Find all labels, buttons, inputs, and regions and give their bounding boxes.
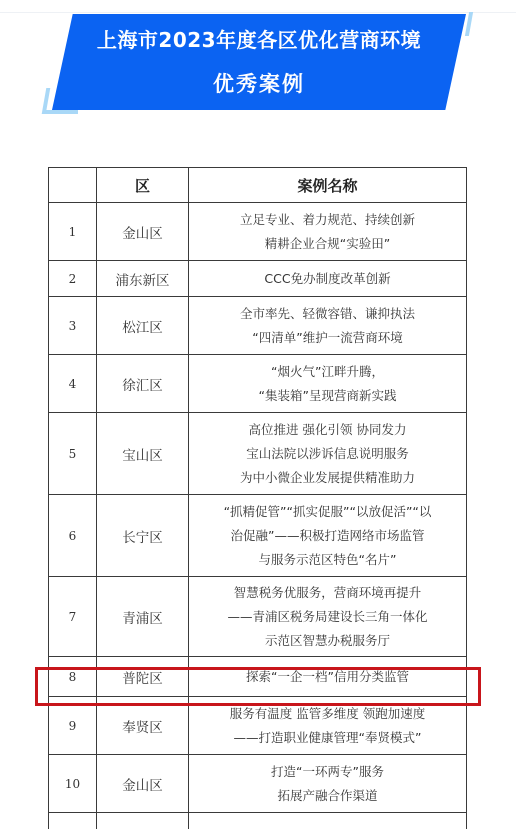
accent-line-decoration [44,110,78,114]
case-name-line: 立足专业、着力规范、持续创新 [189,208,466,232]
case-name-line: 为中小微企业发展提供精准助力 [189,466,466,490]
table-row: 1 金山区 立足专业、着力规范、持续创新 精耕企业合规“实验田” [49,203,467,261]
table-row: 3 松江区 全市率先、轻微容错、谦抑执法 “四清单”维护一流营商环境 [49,297,467,355]
page-subtitle: 优秀案例 [52,68,466,98]
case-name-line: 全市率先、轻微容错、谦抑执法 [189,302,466,326]
row-number: 7 [49,577,97,657]
row-case-name: “烟火气”江畔升腾， “集装箱”呈现营商新实践 [189,355,467,413]
row-number: 1 [49,203,97,261]
table-row: 4 徐汇区 “烟火气”江畔升腾， “集装箱”呈现营商新实践 [49,355,467,413]
row-number: 9 [49,697,97,755]
row-district: 普陀区 [97,657,189,697]
title-banner: 上海市2023年度各区优化营商环境 优秀案例 [0,0,516,130]
row-district: 浦东新区 [97,261,189,297]
row-number: 4 [49,355,97,413]
header-case-name: 案例名称 [189,168,467,203]
cases-table: 区 案例名称 1 金山区 立足专业、着力规范、持续创新 精耕企业合规“实验田” … [48,167,467,829]
case-name-line: ——青浦区税务局建设长三角一体化 [189,605,466,629]
row-district: 徐汇区 [97,355,189,413]
table-row: 5 宝山区 高位推进 强化引领 协同发力 宝山法院以涉诉信息说明服务 为中小微企… [49,413,467,495]
case-name-line: 与服务示范区特色“名片” [189,548,466,572]
case-name-line: CCC免办制度改革创新 [189,267,466,291]
case-name-line: “烟火气”江畔升腾， [189,360,466,384]
accent-line-decoration [465,12,473,36]
case-name-line: 探索“一企一档”信用分类监管 [189,665,466,689]
row-district: 长宁区 [97,495,189,577]
case-name-line: 智慧税务优服务，营商环境再提升 [189,581,466,605]
case-name-line: ——打造职业健康管理“奉贤模式” [189,726,466,750]
table-row-partial [49,813,467,829]
row-case-name: 全市率先、轻微容错、谦抑执法 “四清单”维护一流营商环境 [189,297,467,355]
row-number: 10 [49,755,97,813]
case-name-line: “集装箱”呈现营商新实践 [189,384,466,408]
row-case-name: 高位推进 强化引领 协同发力 宝山法院以涉诉信息说明服务 为中小微企业发展提供精… [189,413,467,495]
case-name-line: 拓展产融合作渠道 [189,784,466,808]
row-number: 8 [49,657,97,697]
row-case-name: 立足专业、着力规范、持续创新 精耕企业合规“实验田” [189,203,467,261]
row-district: 宝山区 [97,413,189,495]
table-row: 9 奉贤区 服务有温度 监管多维度 领跑加速度 ——打造职业健康管理“奉贤模式” [49,697,467,755]
row-case-name: 探索“一企一档”信用分类监管 [189,657,467,697]
row-number: 2 [49,261,97,297]
row-case-name: CCC免办制度改革创新 [189,261,467,297]
page-title: 上海市2023年度各区优化营商环境 [52,24,466,53]
table-row: 2 浦东新区 CCC免办制度改革创新 [49,261,467,297]
table-row-highlighted: 8 普陀区 探索“一企一档”信用分类监管 [49,657,467,697]
case-name-line: 示范区智慧办税服务厅 [189,629,466,653]
row-case-name: “抓精促管”“抓实促服”“以放促活”“以 治促融”——积极打造网络市场监管 与服… [189,495,467,577]
table-row: 7 青浦区 智慧税务优服务，营商环境再提升 ——青浦区税务局建设长三角一体化 示… [49,577,467,657]
case-name-line: 治促融”——积极打造网络市场监管 [189,524,466,548]
header-district: 区 [97,168,189,203]
row-district: 金山区 [97,755,189,813]
row-district: 青浦区 [97,577,189,657]
row-number: 3 [49,297,97,355]
row-district: 金山区 [97,203,189,261]
case-name-line: 服务有温度 监管多维度 领跑加速度 [189,702,466,726]
table-header-row: 区 案例名称 [49,168,467,203]
row-number: 6 [49,495,97,577]
row-case-name: 服务有温度 监管多维度 领跑加速度 ——打造职业健康管理“奉贤模式” [189,697,467,755]
case-name-line: 宝山法院以涉诉信息说明服务 [189,442,466,466]
row-case-name [189,813,467,829]
row-case-name: 智慧税务优服务，营商环境再提升 ——青浦区税务局建设长三角一体化 示范区智慧办税… [189,577,467,657]
row-district: 松江区 [97,297,189,355]
case-name-line: 打造“一环两专”服务 [189,760,466,784]
table-row: 10 金山区 打造“一环两专”服务 拓展产融合作渠道 [49,755,467,813]
header-no [49,168,97,203]
case-name-line: 精耕企业合规“实验田” [189,232,466,256]
row-district [97,813,189,829]
row-district: 奉贤区 [97,697,189,755]
case-name-line: “抓精促管”“抓实促服”“以放促活”“以 [189,500,466,524]
row-number [49,813,97,829]
table-row: 6 长宁区 “抓精促管”“抓实促服”“以放促活”“以 治促融”——积极打造网络市… [49,495,467,577]
case-name-line: 高位推进 强化引领 协同发力 [189,418,466,442]
row-case-name: 打造“一环两专”服务 拓展产融合作渠道 [189,755,467,813]
case-name-line: “四清单”维护一流营商环境 [189,326,466,350]
row-number: 5 [49,413,97,495]
